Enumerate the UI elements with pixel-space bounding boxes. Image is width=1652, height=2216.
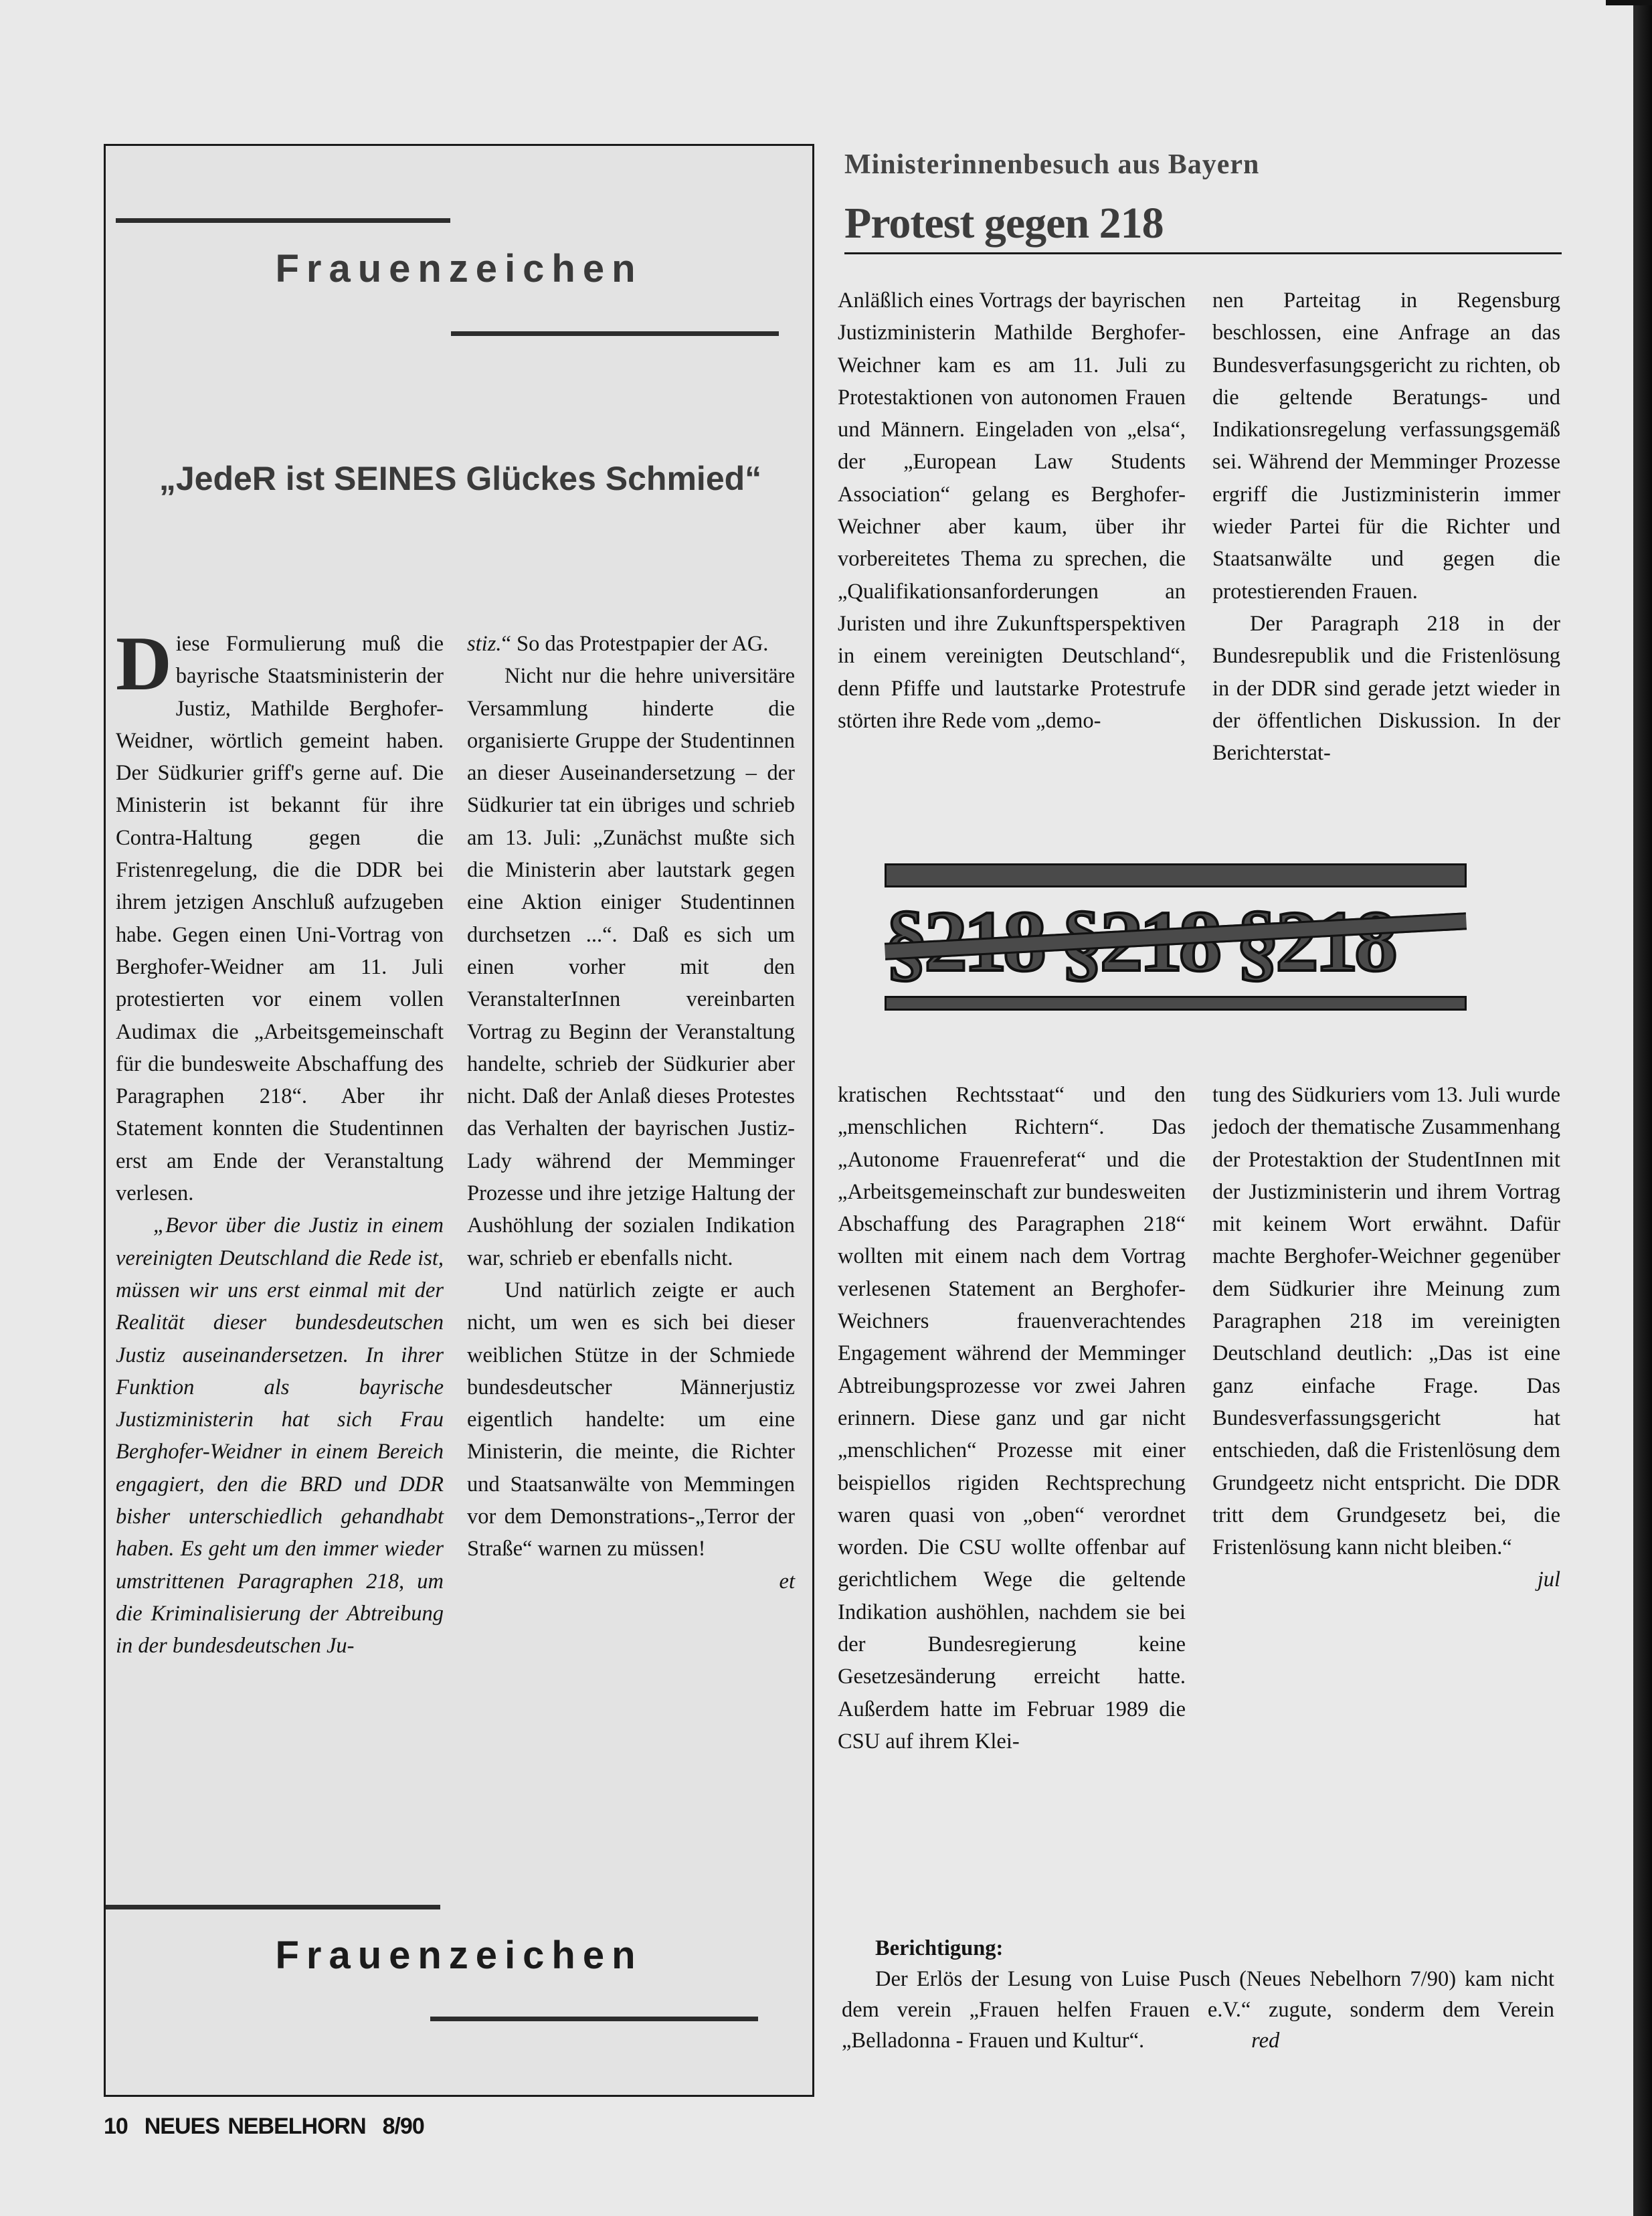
paragraph-218-banner: §218 §218 §218 <box>885 863 1467 1011</box>
page-number: 10 <box>104 2114 128 2139</box>
correction-body: Der Erlös der Lesung von Luise Pusch (Ne… <box>842 1967 1554 2053</box>
kicker-rule-bottom-right <box>430 2017 758 2021</box>
dropcap: D <box>116 633 172 695</box>
sidebar-col2-rest: “ So das Protestpapier der AG. <box>501 632 768 656</box>
correction-notice: Berichtigung: Der Erlös der Lesung von L… <box>842 1933 1554 2056</box>
kicker-title-top: Frauenzeichen <box>106 246 812 291</box>
article-overline: Ministerinnenbesuch aus Bayern <box>844 149 1259 181</box>
sidebar-col2-paragraph-2: Nicht nur die hehre universitäre Versamm… <box>467 660 795 1274</box>
sidebar-col2-paragraph-3: Und natürlich zeigte er auch nicht, um w… <box>467 1274 795 1565</box>
page-footer: 10 NEUES NEBELHORN 8/90 <box>104 2114 424 2140</box>
banner-bar-top <box>885 863 1467 887</box>
sidebar-paragraph-1: Diese Formulierung muß die bayrische Sta… <box>116 628 444 1209</box>
article-column-2-top: nen Parteitag in Regensburg beschlossen,… <box>1212 284 1560 769</box>
correction-text: Der Erlös der Lesung von Luise Pusch (Ne… <box>842 1964 1554 2056</box>
article-col1-paragraph-1: Anläßlich eines Vortrags der bayrischen … <box>838 284 1186 737</box>
article-column-2-bottom: tung des Südkuriers vom 13. Juli wurde j… <box>1212 1079 1560 1596</box>
sidebar-signature: et <box>467 1565 795 1598</box>
correction-label: Berichtigung: <box>842 1933 1554 1964</box>
correction-signature: red <box>1251 2029 1279 2053</box>
page-edge-top <box>1606 0 1652 5</box>
page-edge-shadow <box>1633 0 1652 2216</box>
article-col2-paragraph-1: nen Parteitag in Regensburg beschlossen,… <box>1212 284 1560 608</box>
kicker-rule-top-right <box>451 331 779 336</box>
sidebar-frame: Frauenzeichen „JedeR ist SEINES Glückes … <box>104 144 814 2097</box>
sidebar-paragraph-1-text: iese Formulierung muß die bayrische Staa… <box>116 632 444 1205</box>
article-signature: jul <box>1212 1563 1560 1596</box>
article-col2-paragraph-3: tung des Südkuriers vom 13. Juli wurde j… <box>1212 1079 1560 1563</box>
sidebar-column-1: Diese Formulierung muß die bayrische Sta… <box>116 628 444 1663</box>
sidebar-col2-paragraph-1: stiz.“ So das Protestpapier der AG. <box>467 628 795 660</box>
article-col2-paragraph-2: Der Paragraph 218 in der Bundesrepublik … <box>1212 608 1560 769</box>
banner-bar-bottom <box>885 996 1467 1011</box>
sidebar-column-2: stiz.“ So das Protestpapier der AG. Nich… <box>467 628 795 1598</box>
issue-number: 8/90 <box>383 2114 424 2139</box>
sidebar-paragraph-2: „Bevor über die Justiz in einem vereinig… <box>116 1209 444 1662</box>
headline-rule <box>844 252 1562 254</box>
publication-name: NEUES NEBELHORN <box>145 2114 366 2139</box>
kicker-title-bottom: Frauenzeichen <box>106 1933 812 1978</box>
sidebar-col2-italic: stiz. <box>467 632 501 656</box>
article-column-1-top: Anläßlich eines Vortrags der bayrischen … <box>838 284 1186 737</box>
article-col1-paragraph-2: kratischen Rechtsstaat“ und den „menschl… <box>838 1079 1186 1758</box>
kicker-rule-top-left <box>116 218 450 223</box>
sidebar-headline: „JedeR ist SEINES Glückes Schmied“ <box>146 460 775 497</box>
article-column-1-bottom: kratischen Rechtsstaat“ und den „menschl… <box>838 1079 1186 1758</box>
kicker-rule-bottom-left <box>106 1905 440 1909</box>
article-headline: Protest gegen 218 <box>844 198 1164 249</box>
